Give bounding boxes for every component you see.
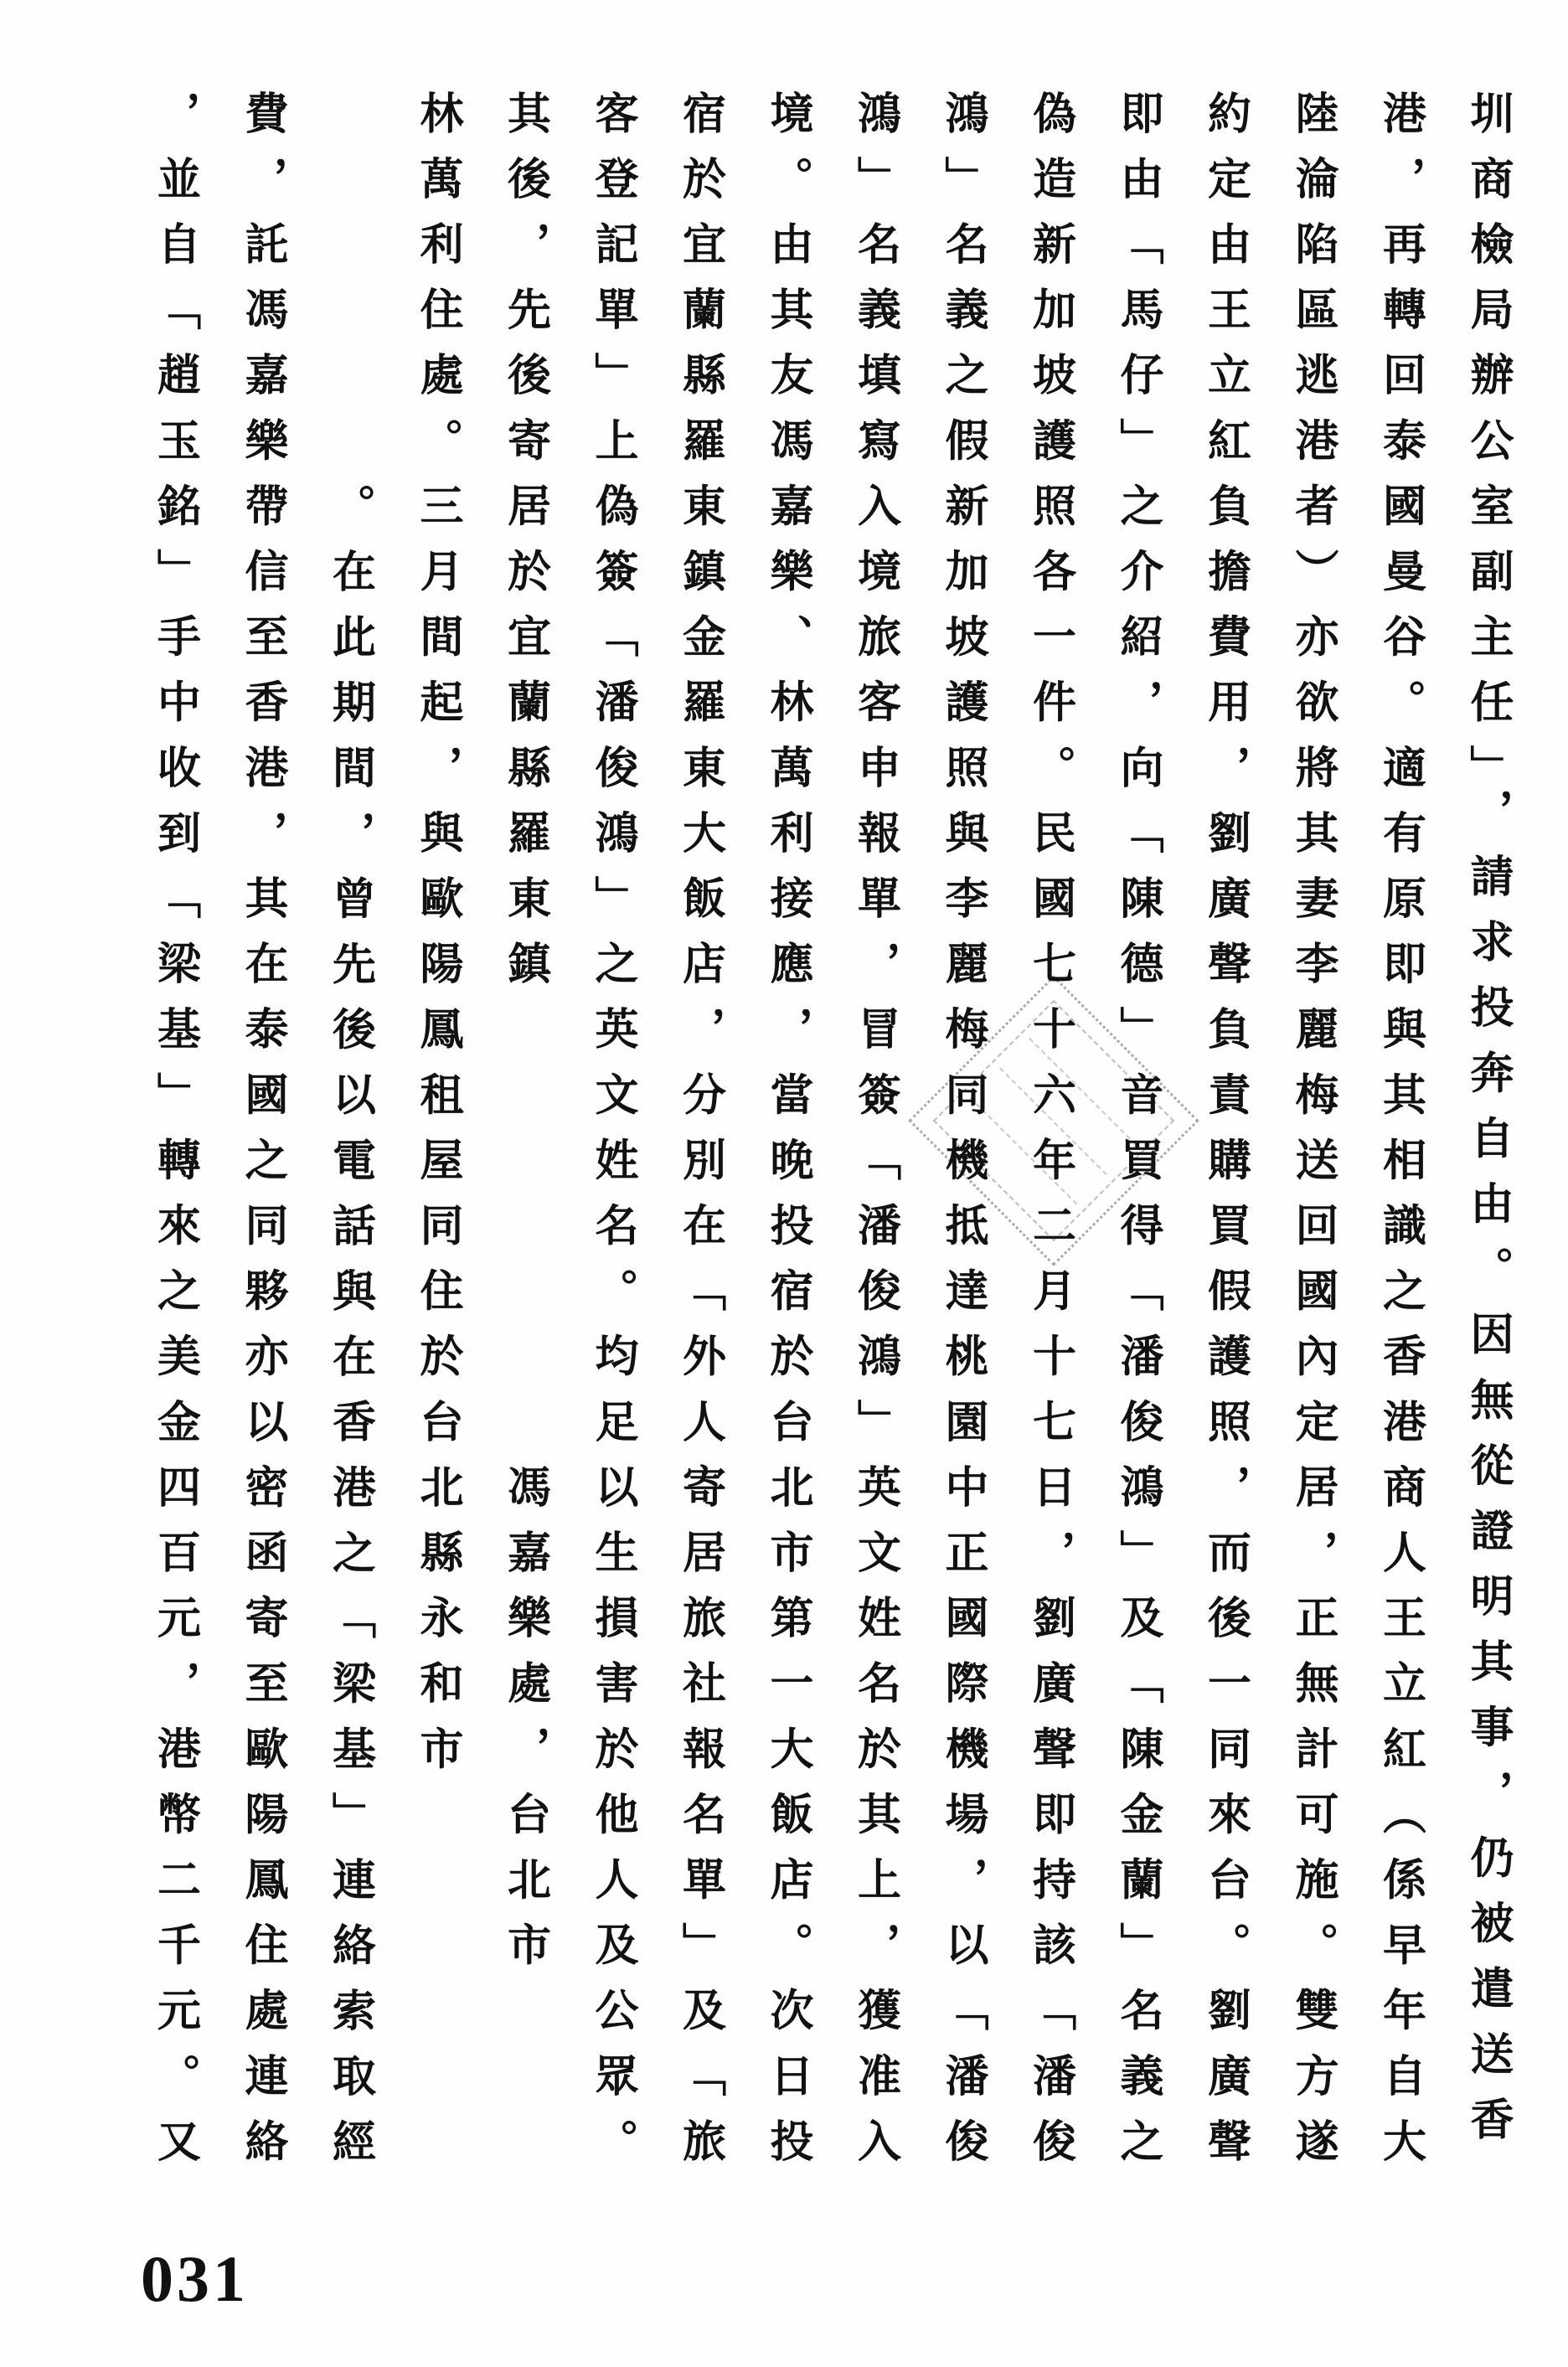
text-column-14: 。在此期間，曾先後以電話與在香港之「梁基」連絡索取經 xyxy=(325,483,375,2184)
text-column-2: 港，再轉回泰國曼谷。適有原即與其相識之香港商人王立紅（係早年自大 xyxy=(1375,90,1426,2184)
text-column-4: 約定由王立紅負擔費用，劉廣聲負責購買假護照，而後一同來台。劉廣聲 xyxy=(1200,90,1251,2184)
text-column-13: 林萬利住處。三月間起，與歐陽鳳租屋同住於台北縣永和市 xyxy=(412,90,462,1792)
text-column-8: 鴻」名義填寫入境旅客申報單，冒簽「潘俊鴻」英文姓名於其上，獲准入 xyxy=(850,90,900,2184)
text-column-11: 客登記單」上偽簽「潘俊鴻」之英文姓名。均足以生損害於他人及公眾。 xyxy=(587,90,637,2184)
text-column-9: 境。由其友馮嘉樂、林萬利接應，當晚投宿於台北市第一大飯店。次日投 xyxy=(762,90,812,2184)
text-column-1: 圳商檢局辦公室副主任」，請求投奔自由。因無從證明其事，仍被遣送香 xyxy=(1462,90,1513,2162)
text-column-12-upper: 其後，先後寄居於宜蘭縣羅東鎮 xyxy=(500,90,550,1006)
document-page: 圳商檢局辦公室副主任」，請求投奔自由。因無從證明其事，仍被遣送香 港，再轉回泰國… xyxy=(0,0,1568,2367)
text-column-7: 鴻」名義之假新加坡護照與李麗梅同機抵達桃園中正國際機場，以「潘俊 xyxy=(937,90,988,2184)
text-column-5: 即由「馬仔」之介紹，向「陳德」音買得「潘俊鴻」及「陳金蘭」名義之 xyxy=(1112,90,1163,2184)
text-column-3: 陸淪陷區逃港者）亦欲將其妻李麗梅送回國內定居，正無計可施。雙方遂 xyxy=(1287,90,1338,2184)
text-column-15: 費，託馮嘉樂帶信至香港，其在泰國之同夥亦以密函寄至歐陽鳳住處連絡 xyxy=(237,90,287,2184)
text-column-10: 宿於宜蘭縣羅東鎮金羅東大飯店，分別在「外人寄居旅社報名單」及「旅 xyxy=(675,90,725,2184)
page-number: 031 xyxy=(141,2241,249,2317)
text-column-12-lower: 馮嘉樂處，台北市 xyxy=(500,1464,550,1988)
text-column-16: ，並自「趙玉銘」手中收到「梁基」轉來之美金四百元，港幣二千元。又 xyxy=(150,90,200,2184)
text-column-6: 偽造新加坡護照各一件。民國七十六年二月十七日，劉廣聲即持該「潘俊 xyxy=(1025,90,1075,2184)
